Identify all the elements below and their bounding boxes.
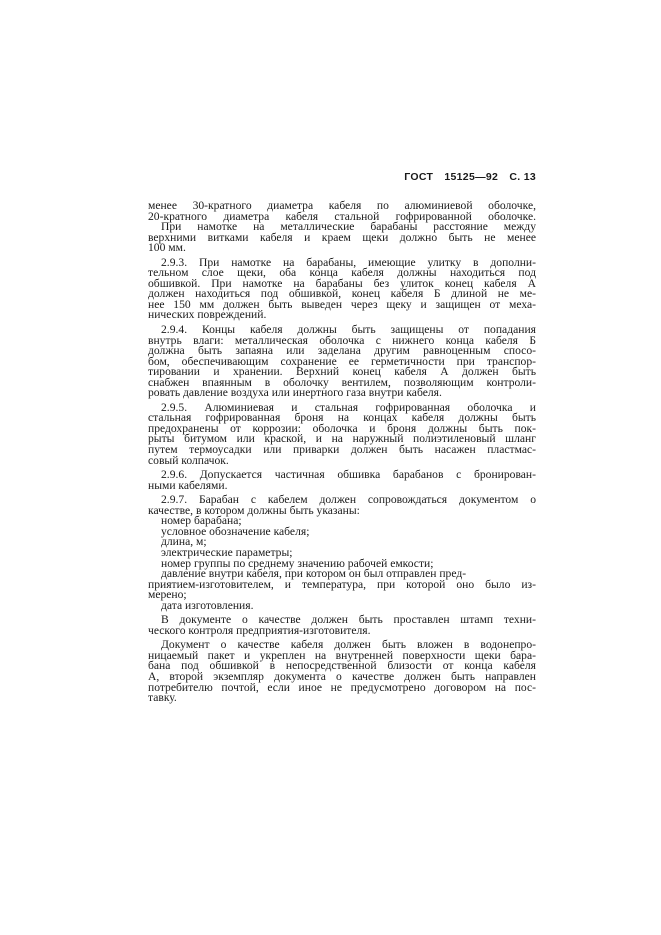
text-line: верхними витками кабеля и краем щеки дол…: [148, 233, 536, 244]
text-line: ными кабелями.: [148, 481, 536, 492]
paragraph-p-2-9-3: 2.9.3. При намотке на барабаны, имеющие …: [148, 258, 536, 321]
list-item-line: дата изготовления.: [148, 601, 536, 612]
text-line: нических повреждений.: [148, 310, 536, 321]
list-item-line: приятием-изготовителем, и температура, п…: [148, 580, 536, 591]
paragraph-p-document: Документ о качестве кабеля должен быть в…: [148, 640, 536, 703]
paragraph-p-2-9-7: 2.9.7. Барабан с кабелем должен сопровож…: [148, 495, 536, 516]
paragraph-p-2-9-6: 2.9.6. Допускается частичная обшивка бар…: [148, 470, 536, 491]
text-line: ческого контроля предприятия-изготовител…: [148, 626, 536, 637]
paragraph-p-stamp: В документе о качестве должен быть прост…: [148, 615, 536, 636]
header-standard: ГОСТ: [404, 171, 433, 183]
text-line: потребителю почтой, если иное не предусм…: [148, 683, 536, 694]
document-body: менее 30-кратного диаметра кабеля по алю…: [148, 201, 536, 704]
paragraph-p-2-9-5: 2.9.5. Алюминиевая и стальная гофрирован…: [148, 403, 536, 466]
requirements-list: номер барабана;условное обозначение кабе…: [148, 516, 536, 611]
text-line: 100 мм.: [148, 243, 536, 254]
page-header: ГОСТ 15125—92 С. 13: [404, 171, 536, 183]
text-line: ровать давление воздуха или инертного га…: [148, 388, 536, 399]
header-number: 15125—92: [444, 171, 498, 183]
document-page: ГОСТ 15125—92 С. 13 менее 30-кратного ди…: [0, 0, 661, 935]
paragraph-cont: менее 30-кратного диаметра кабеля по алю…: [148, 201, 536, 222]
text-line: совый колпачок.: [148, 456, 536, 467]
paragraph-p-namotka: При намотке на металлические барабаны ра…: [148, 222, 536, 254]
header-page: С. 13: [509, 171, 536, 183]
paragraph-p-2-9-4: 2.9.4. Концы кабеля должны быть защищены…: [148, 325, 536, 399]
text-line: тавку.: [148, 693, 536, 704]
